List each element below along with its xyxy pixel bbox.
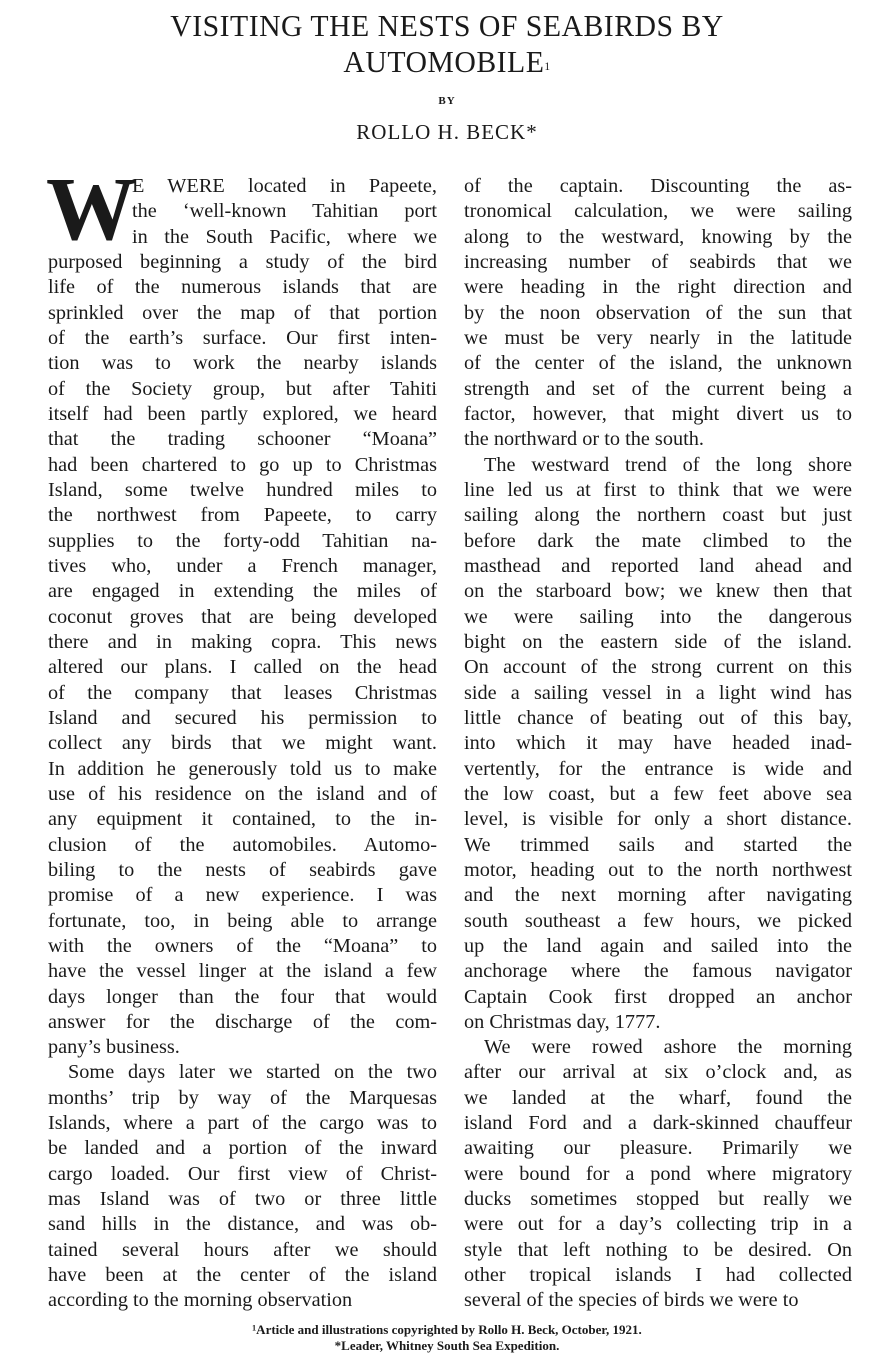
text-line: by the noon observation of the sun that (464, 301, 852, 326)
text-line: there and in making copra. This news (48, 630, 437, 655)
text-line: that the trading schooner “Moana” (48, 427, 437, 452)
text-line: itself had been partly explored, we hear… (48, 402, 437, 427)
left-column: W E WERE located in Papeete,the ‘well-kn… (48, 174, 437, 1314)
text-line: have the vessel linger at the island a f… (48, 959, 437, 984)
text-line: Islands, where a part of the cargo was t… (48, 1111, 437, 1136)
text-line: strength and set of the current being a (464, 377, 852, 402)
text-line: on the starboard bow; we knew then that (464, 579, 852, 604)
text-line: factor, however, that might divert us to (464, 402, 852, 427)
text-line: days longer than the four that would (48, 985, 437, 1010)
text-line: supplies to the forty-odd Tahitian na- (48, 529, 437, 554)
text-line: awaiting our pleasure. Primarily we (464, 1136, 852, 1161)
text-line: tained several hours after we should (48, 1238, 437, 1263)
text-line: bight on the eastern side of the island. (464, 630, 852, 655)
text-line: we were sailing into the dangerous (464, 605, 852, 630)
text-line: anchorage where the famous navigator (464, 959, 852, 984)
text-line: Captain Cook first dropped an anchor (464, 985, 852, 1010)
text-line: have been at the center of the island (48, 1263, 437, 1288)
author-name: ROLLO H. BECK* (0, 120, 894, 145)
text-line: collect any birds that we might want. (48, 731, 437, 756)
text-line: cargo loaded. Our first view of Christ- (48, 1162, 437, 1187)
text-line: along to the westward, knowing by the (464, 225, 852, 250)
text-line: months’ trip by way of the Marquesas (48, 1086, 437, 1111)
text-line: of the earth’s surface. Our first inten- (48, 326, 437, 351)
text-line: On account of the strong current on this (464, 655, 852, 680)
text-line: according to the morning observation (48, 1288, 437, 1313)
text-line: island Ford and a dark-skinned chauffeur (464, 1111, 852, 1136)
text-line: tives who, under a French manager, (48, 554, 437, 579)
byline-label: BY (0, 95, 894, 107)
text-line: of the center of the island, the unknown (464, 351, 852, 376)
text-line: We were rowed ashore the morning (464, 1035, 852, 1060)
text-line: the northward or to the south. (464, 427, 852, 452)
text-line: were heading in the right direction and (464, 275, 852, 300)
text-line: of the Society group, but after Tahiti (48, 377, 437, 402)
text-line: The westward trend of the long shore (464, 453, 852, 478)
text-line: vertently, for the entrance is wide and (464, 757, 852, 782)
text-line: of the company that leases Christmas (48, 681, 437, 706)
text-line: tion was to work the nearby islands (48, 351, 437, 376)
text-line: into which it may have headed inad- (464, 731, 852, 756)
footnote-author-role: *Leader, Whitney South Sea Expedition. (0, 1338, 894, 1354)
text-line: masthead and reported land ahead and (464, 554, 852, 579)
text-line: were out for a day’s collecting trip in … (464, 1212, 852, 1237)
drop-cap: W (46, 172, 136, 248)
text-line: are engaged in extending the miles of (48, 579, 437, 604)
text-line: sprinkled over the map of that portion (48, 301, 437, 326)
text-line: sand hills in the distance, and was ob- (48, 1212, 437, 1237)
text-line: the low coast, but a few feet above sea (464, 782, 852, 807)
text-line: south southeast a few hours, we picked (464, 909, 852, 934)
title-footnote-mark: 1 (544, 59, 550, 73)
article-title: VISITING THE NESTS OF SEABIRDS BY AUTOMO… (18, 8, 876, 80)
text-line: the northwest from Papeete, to carry (48, 503, 437, 528)
text-line: we must be very nearly in the latitude (464, 326, 852, 351)
text-line: sailing along the northern coast but jus… (464, 503, 852, 528)
text-line: fortunate, too, in being able to arrange (48, 909, 437, 934)
text-line: Island and secured his permission to (48, 706, 437, 731)
text-line: In addition he generously told us to mak… (48, 757, 437, 782)
text-line: clusion of the automobiles. Automo- (48, 833, 437, 858)
text-line: altered our plans. I called on the head (48, 655, 437, 680)
text-line: line led us at first to think that we we… (464, 478, 852, 503)
text-line: level, is visible for only a short dista… (464, 807, 852, 832)
text-line: and the next morning after navigating (464, 883, 852, 908)
text-line: Some days later we started on the two (48, 1060, 437, 1085)
text-line: answer for the discharge of the com- (48, 1010, 437, 1035)
text-line: increasing number of seabirds that we (464, 250, 852, 275)
title-line-1: VISITING THE NESTS OF SEABIRDS BY (18, 8, 876, 44)
text-line: biling to the nests of seabirds gave (48, 858, 437, 883)
text-line: we landed at the wharf, found the (464, 1086, 852, 1111)
text-line: pany’s business. (48, 1035, 437, 1060)
text-line: before dark the mate climbed to the (464, 529, 852, 554)
text-line: coconut groves that are being developed (48, 605, 437, 630)
text-line: mas Island was of two or three little (48, 1187, 437, 1212)
right-column: of the captain. Discounting the as-trono… (464, 174, 852, 1314)
title-line-2: AUTOMOBILE1 (18, 44, 876, 80)
text-line: up the land again and sailed into the (464, 934, 852, 959)
footnotes: ¹Article and illustrations copyrighted b… (0, 1322, 894, 1354)
text-line: side a sailing vessel in a light wind ha… (464, 681, 852, 706)
text-line: any equipment it contained, to the in- (48, 807, 437, 832)
text-line: be landed and a portion of the inward (48, 1136, 437, 1161)
text-line: had been chartered to go up to Christmas (48, 453, 437, 478)
text-line: several of the species of birds we were … (464, 1288, 852, 1313)
text-line: tronomical calculation, we were sailing (464, 199, 852, 224)
text-line: little chance of beating out of this bay… (464, 706, 852, 731)
text-line: ducks sometimes stopped but really we (464, 1187, 852, 1212)
text-line: on Christmas day, 1777. (464, 1010, 852, 1035)
text-line: style that left nothing to be desired. O… (464, 1238, 852, 1263)
text-line: promise of a new experience. I was (48, 883, 437, 908)
text-line: other tropical islands I had collected (464, 1263, 852, 1288)
text-line: after our arrival at six o’clock and, as (464, 1060, 852, 1085)
footnote-copyright: ¹Article and illustrations copyrighted b… (0, 1322, 894, 1338)
text-line: motor, heading out to the north northwes… (464, 858, 852, 883)
text-line: use of his residence on the island and o… (48, 782, 437, 807)
text-line: life of the numerous islands that are (48, 275, 437, 300)
text-line: with the owners of the “Moana” to (48, 934, 437, 959)
text-line: of the captain. Discounting the as- (464, 174, 852, 199)
text-line: We trimmed sails and started the (464, 833, 852, 858)
text-line: Island, some twelve hundred miles to (48, 478, 437, 503)
text-line: were bound for a pond where migratory (464, 1162, 852, 1187)
